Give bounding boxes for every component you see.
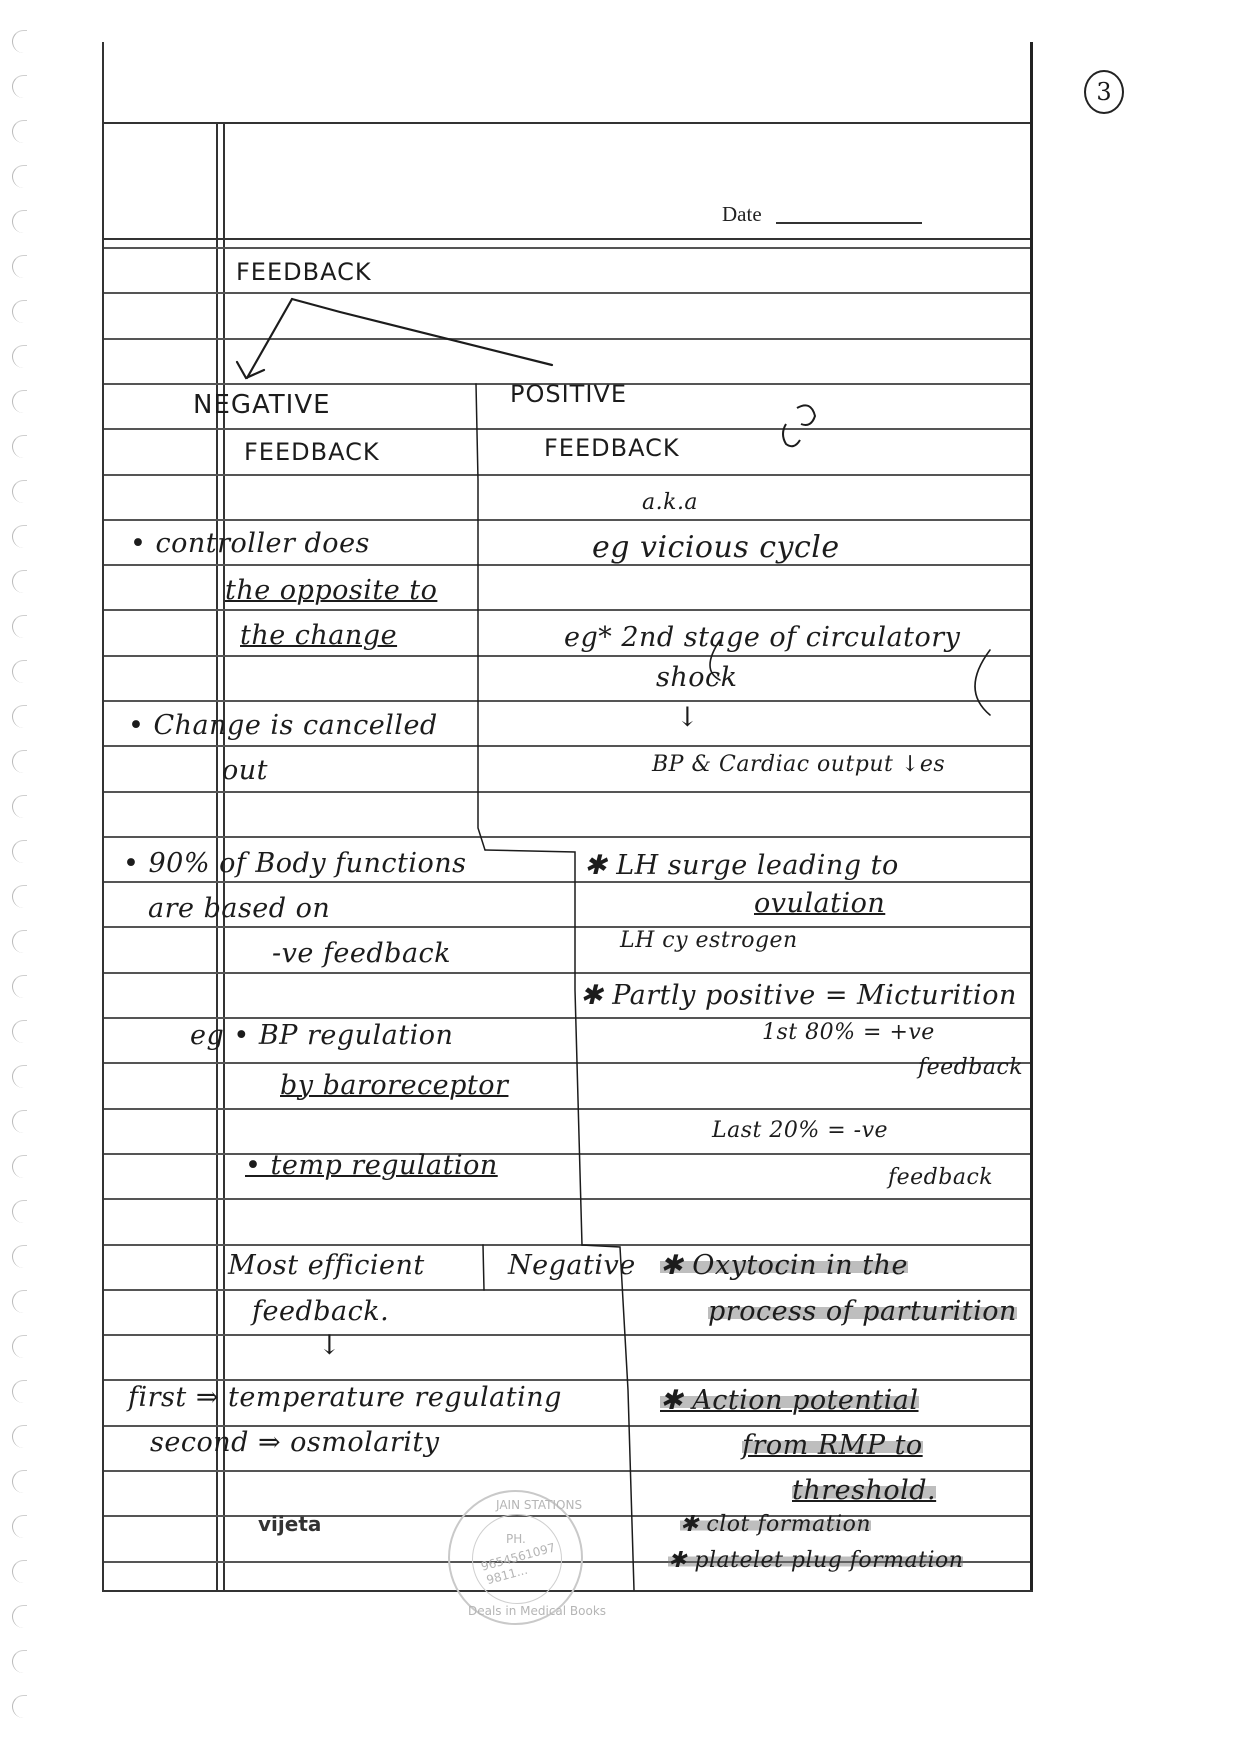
positive-example: ovulation xyxy=(754,888,885,919)
efficiency-line: feedback. xyxy=(252,1296,389,1327)
negative-point: eg • BP regulation xyxy=(190,1020,453,1051)
positive-more: ✱ Oxytocin in the xyxy=(660,1250,908,1281)
efficiency-line: Most efficient xyxy=(228,1250,425,1281)
negative-point: the change xyxy=(240,620,397,651)
negative-heading-1: NEGATIVE xyxy=(193,390,331,420)
positive-more: ✱ platelet plug formation xyxy=(668,1548,963,1573)
negative-point: • temp regulation xyxy=(245,1150,498,1181)
positive-more: threshold. xyxy=(792,1475,936,1506)
negative-point: -ve feedback xyxy=(272,938,451,969)
efficiency-second: second ⇒ osmolarity xyxy=(150,1427,440,1458)
positive-more: from RMP to xyxy=(742,1430,923,1461)
positive-example: shock xyxy=(656,662,737,693)
positive-heading-2: FEEDBACK xyxy=(544,434,680,462)
positive-more: ✱ Action potential xyxy=(660,1385,919,1416)
positive-more: ✱ clot formation xyxy=(680,1512,871,1537)
efficiency-first: first ⇒ temperature regulating xyxy=(128,1382,562,1413)
positive-example: eg* 2nd stage of circulatory xyxy=(564,622,960,653)
positive-example: LH cy estrogen xyxy=(620,928,798,953)
positive-example: BP & Cardiac output ↓es xyxy=(652,752,945,777)
positive-heading-1: POSITIVE xyxy=(510,380,627,408)
positive-example: ✱ LH surge leading to xyxy=(584,850,899,881)
positive-example: ✱ Partly positive = Micturition xyxy=(580,980,1017,1011)
negative-point: out xyxy=(222,755,268,786)
negative-point: • 90% of Body functions xyxy=(123,848,467,879)
line-to-positive xyxy=(292,299,552,365)
positive-example: 1st 80% = +ve xyxy=(762,1020,935,1045)
negative-point: the opposite to xyxy=(225,575,437,606)
efficiency-line: Negative xyxy=(508,1250,636,1281)
down-arrow-icon: ↓ xyxy=(676,702,699,733)
positive-aka-value: eg vicious cycle xyxy=(592,530,840,565)
arrow-to-negative xyxy=(247,299,292,378)
notebook-brand: vijeta xyxy=(258,1512,321,1536)
positive-example: Last 20% = -ve xyxy=(712,1118,888,1143)
shop-stamp: JAIN STATIONS PH. 9654561097 9811... Dea… xyxy=(448,1490,583,1625)
negative-point: • controller does xyxy=(130,528,370,559)
negative-point: by baroreceptor xyxy=(280,1070,508,1101)
positive-example: feedback xyxy=(918,1055,1023,1080)
notes-title: FEEDBACK xyxy=(236,258,372,286)
positive-aka: a.k.a xyxy=(642,490,698,515)
negative-heading-2: FEEDBACK xyxy=(244,438,380,466)
negative-point: are based on xyxy=(148,893,330,924)
positive-more: process of parturition xyxy=(708,1296,1017,1327)
positive-example: feedback xyxy=(888,1165,993,1190)
down-arrow-icon: ↓ xyxy=(318,1330,341,1361)
negative-point: • Change is cancelled xyxy=(128,710,438,741)
